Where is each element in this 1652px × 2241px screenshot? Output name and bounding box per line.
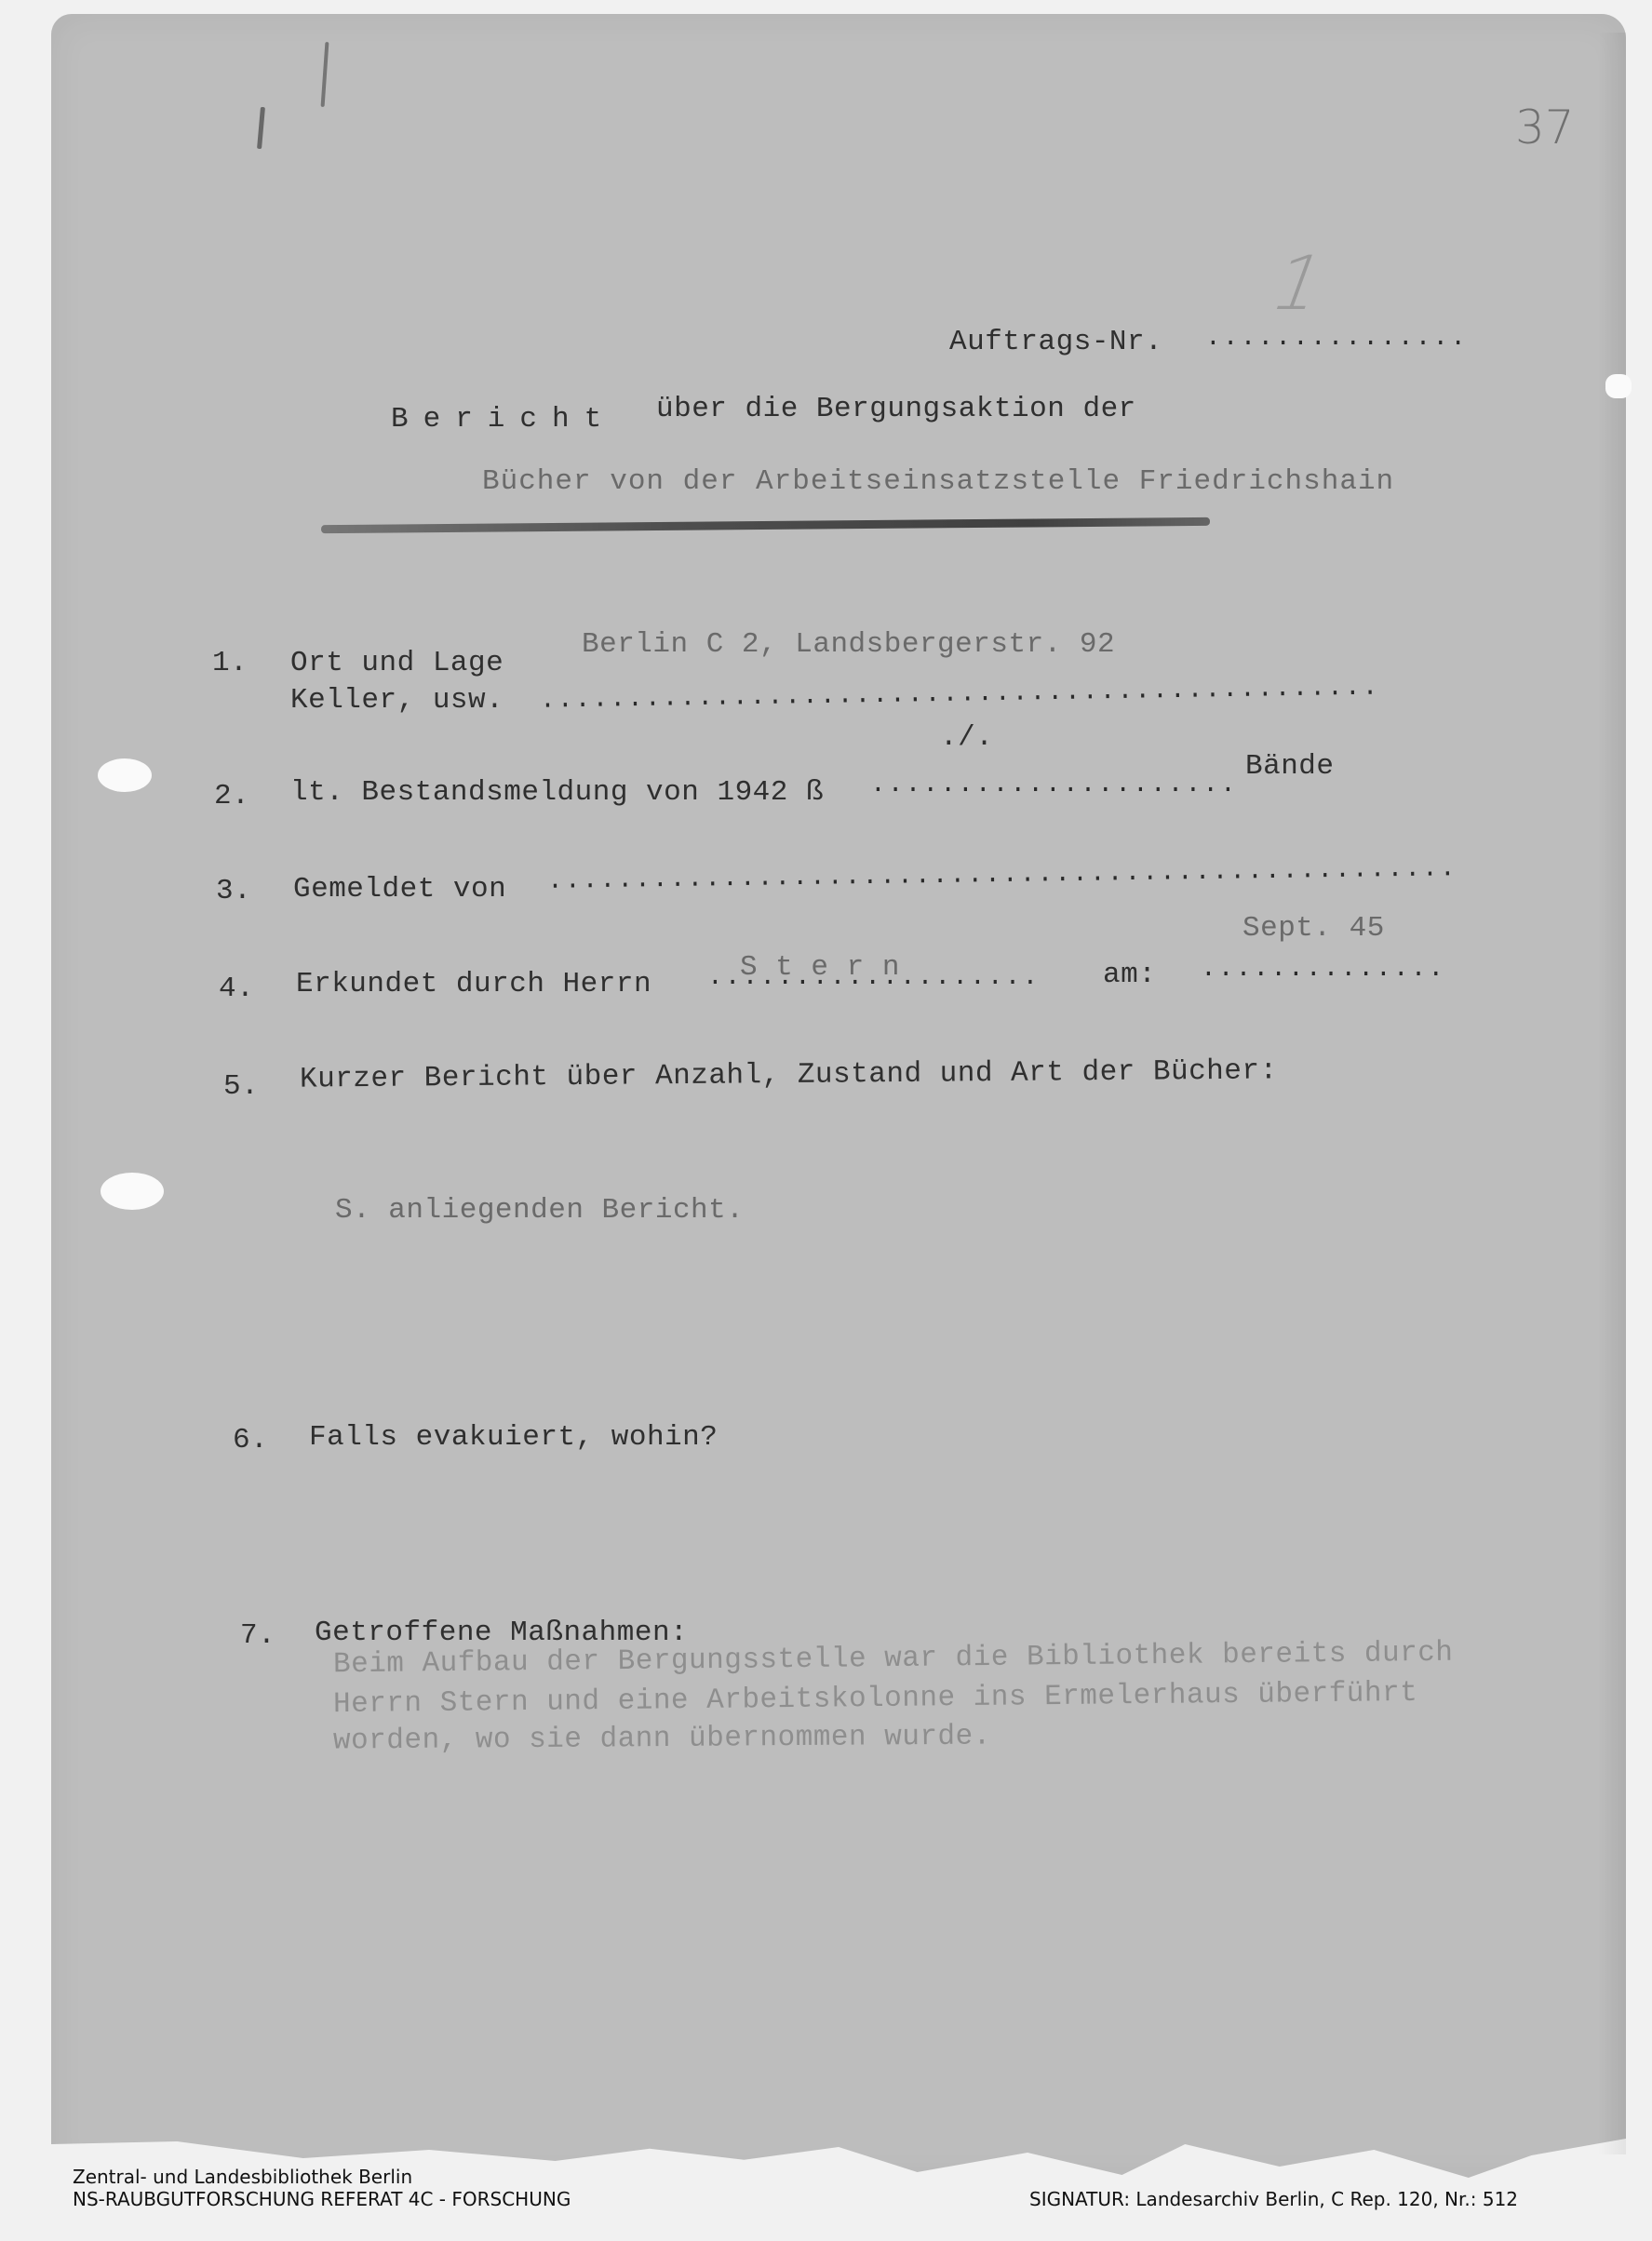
- item-4-number: 4.: [219, 973, 254, 1005]
- item-4-date-label: am:: [1103, 959, 1156, 991]
- item-5-value: S. anliegenden Bericht.: [335, 1194, 744, 1227]
- item-4-dots: ...................: [707, 963, 1040, 992]
- item-4-label: Erkundet durch Herrn: [296, 968, 651, 1000]
- item-2-dots: .....................: [870, 771, 1238, 799]
- item-6-number: 6.: [233, 1424, 268, 1456]
- subtitle: Bücher von der Arbeitseinsatzstelle Frie…: [482, 465, 1394, 498]
- punch-hole-bottom: [101, 1173, 164, 1210]
- item-2-label: lt. Bestandsmeldung von 1942 ß: [290, 776, 824, 809]
- footer-department: NS-RAUBGUTFORSCHUNG REFERAT 4C - FORSCHU…: [73, 2188, 571, 2210]
- item-7-number: 7.: [240, 1619, 275, 1652]
- item-2-suffix: Bände: [1245, 750, 1335, 783]
- item-7-label: Getroffene Maßnahmen:: [315, 1617, 688, 1649]
- item-1-label: Ort und Lage: [290, 647, 504, 679]
- item-4-date-dots: ..............: [1201, 955, 1445, 984]
- item-3-number: 3.: [216, 875, 251, 907]
- footer-library-name: Zentral- und Landesbibliothek Berlin: [73, 2166, 571, 2188]
- item-2-number: 2.: [214, 780, 249, 812]
- item-1-value: Berlin C 2, Landsbergerstr. 92: [582, 628, 1115, 661]
- edge-notch: [1605, 374, 1632, 398]
- page-number: 37: [1515, 101, 1575, 154]
- item-7-value-line-3: worden, wo sie dann übernommen wurde.: [333, 1721, 991, 1758]
- item-2-value: ./.: [940, 721, 993, 754]
- item-5-number: 5.: [223, 1070, 259, 1103]
- title-bericht: Bericht: [391, 403, 616, 436]
- item-1-label-2: Keller, usw.: [290, 684, 504, 717]
- footer-institution: Zentral- und Landesbibliothek Berlin NS-…: [73, 2166, 571, 2210]
- order-number-label: Auftrags-Nr.: [949, 326, 1162, 358]
- item-4-date-value: Sept. 45: [1242, 912, 1385, 945]
- order-number-dots: ...............: [1205, 324, 1468, 353]
- item-3-label: Gemeldet von: [293, 873, 506, 906]
- item-1-number: 1.: [212, 647, 248, 679]
- footer-signature: SIGNATUR: Landesarchiv Berlin, C Rep. 12…: [1029, 2188, 1518, 2210]
- punch-hole-top: [98, 758, 152, 792]
- item-6-label: Falls evakuiert, wohin?: [309, 1421, 718, 1454]
- title-rest: über die Bergungsaktion der: [656, 393, 1136, 425]
